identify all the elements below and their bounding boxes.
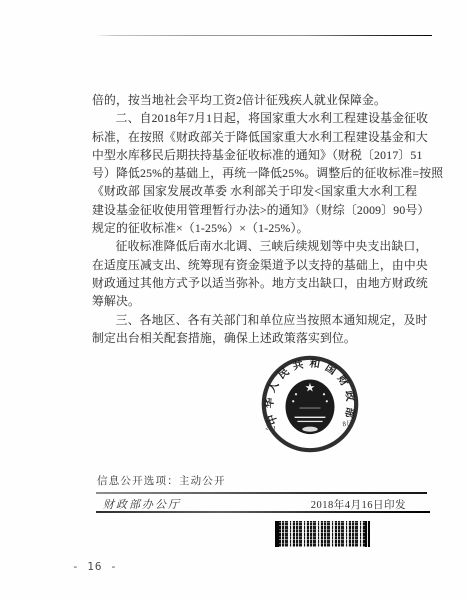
body-line: 中型水库移民后期扶持基金征收标准的通知》（财税〔2017〕51 xyxy=(92,146,424,164)
body-line: 筹解决。 xyxy=(92,292,424,310)
body-line: 二、自2018年7月1日起，将国家重大水利工程建设基金征收 xyxy=(92,109,424,127)
emblem-star-icon: ★ xyxy=(305,380,316,394)
scanned-document-page: 倍的，按当地社会平均工资2倍计征残疾人就业保障金。 二、自2018年7月1日起，… xyxy=(0,0,468,601)
scan-artifact-line xyxy=(94,35,432,36)
body-line: 财政通过其他方式予以适当弥补。地方支出缺口，由地方财政统 xyxy=(92,274,424,292)
seal-date-fragment-right: 8日 xyxy=(342,419,354,429)
body-line: 倍的，按当地社会平均工资2倍计征残疾人就业保障金。 xyxy=(92,91,424,109)
body-line: 号）降低25%的基础上，再统一降低25%。调整后的征收标准=按照 xyxy=(92,164,424,182)
body-line: 在适度压减支出、统筹现有资金渠道予以支持的基础上，由中央 xyxy=(92,256,424,274)
body-line: 标准，在按照《财政部关于降低国家重大水利工程建设基金和大 xyxy=(92,128,424,146)
official-seal-graphic: 中华人民共和国财政部 ★ 201 8日 xyxy=(261,355,359,453)
issuer-name: 财政部办公厅 xyxy=(103,496,181,512)
page-number: - 16 - xyxy=(72,560,118,573)
official-seal: 中华人民共和国财政部 ★ 201 8日 xyxy=(261,355,359,453)
body-line: 建设基金征收使用管理暂行办法>的通知》（财综〔2009〕90号） xyxy=(92,201,424,219)
body-line: 制定出台相关配套措施，确保上述政策落实到位。 xyxy=(92,329,424,347)
national-emblem-icon: ★ xyxy=(286,380,335,435)
body-line: 征收标准降低后南水北调、三峡后续规划等中央支出缺口， xyxy=(92,237,424,255)
barcode-2d xyxy=(275,521,370,547)
body-line: 三、各地区、各有关部门和单位应当按照本通知规定，及时 xyxy=(92,311,424,329)
print-date: 2018年4月16日印发 xyxy=(311,497,406,512)
footer-divider-top xyxy=(96,492,427,494)
body-line: 《财政部 国家发展改革委 水利部关于印发<国家重大水利工程 xyxy=(92,182,424,200)
body-line: 规定的征收标准×（1-25%）×（1-25%）。 xyxy=(92,219,424,237)
seal-date-fragment-left: 201 xyxy=(265,423,277,433)
footer-divider-bottom xyxy=(96,511,430,513)
document-body: 倍的，按当地社会平均工资2倍计征残疾人就业保障金。 二、自2018年7月1日起，… xyxy=(92,91,424,347)
disclosure-note: 信息公开选项：主动公开 xyxy=(97,473,226,488)
